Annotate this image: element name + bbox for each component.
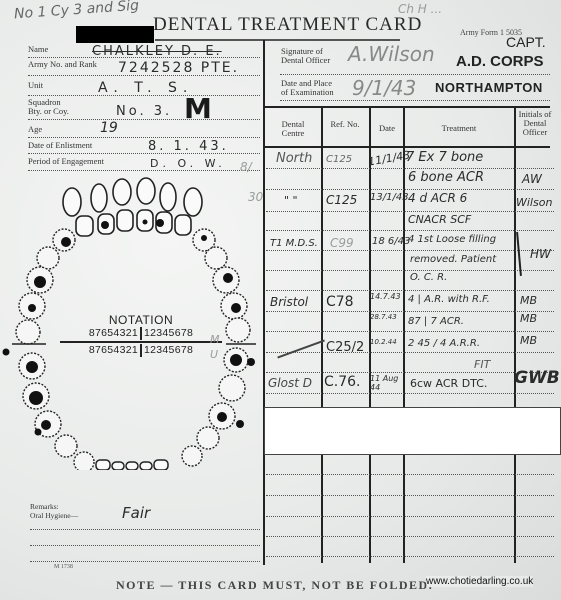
age-value: 19 xyxy=(100,120,118,136)
squadron-value: No. 3. xyxy=(116,104,172,119)
notation-title: NOTATION xyxy=(66,313,216,327)
row10-treatment: 2 45 / 4 A.R.R. xyxy=(408,338,480,349)
lower-right-teeth: 12345678 xyxy=(142,344,195,357)
remarks-label-2: Oral Hygiene— xyxy=(30,511,78,520)
header-dental-centre: Dental Centre xyxy=(272,120,314,138)
row-line xyxy=(266,189,554,190)
remarks-line-2 xyxy=(30,545,260,546)
row9-initials: MB xyxy=(520,312,537,325)
strike-line xyxy=(277,339,324,358)
blank-cover-box xyxy=(264,407,561,455)
officer-bottom-rule xyxy=(264,106,550,108)
unit-value: A. T. S. xyxy=(98,80,193,96)
age-line xyxy=(28,137,260,138)
row-line xyxy=(266,211,554,212)
footer-note: NOTE — THIS CARD MUST, NOT BE FOLDED. xyxy=(116,578,433,593)
header-bottom-rule xyxy=(264,146,550,148)
remarks-label-1: Remarks: xyxy=(30,502,78,511)
row8-centre: Bristol xyxy=(270,295,308,309)
row-line xyxy=(266,536,554,537)
row5-initials: HW xyxy=(530,247,551,261)
header-ref-no: Ref. No. xyxy=(326,120,364,129)
notation-midline xyxy=(60,341,222,343)
age-label: Age xyxy=(28,125,42,134)
title-underline xyxy=(155,39,400,41)
row8-initials: MB xyxy=(520,294,537,307)
upper-right-teeth: 12345678 xyxy=(142,327,195,340)
date-place-line xyxy=(280,100,550,101)
row12-date: 11 Aug 44 xyxy=(370,374,402,392)
date-place-label-2: of Examination xyxy=(281,88,334,97)
row8-date: 14.7.43 xyxy=(370,292,401,301)
row1-date: 11/1/43 xyxy=(367,148,411,168)
row4-treatment: CNACR SCF xyxy=(408,213,471,226)
remarks-label: Remarks: Oral Hygiene— xyxy=(30,502,78,520)
watermark: www.chotiedarling.co.uk xyxy=(426,576,533,587)
upper-left-teeth: 87654321 xyxy=(87,327,140,340)
corps-stamp: A.D. CORPS xyxy=(456,53,544,70)
row12-centre: Glost D xyxy=(268,376,312,390)
row5-treatment: 4 1st Loose filling xyxy=(408,234,496,245)
row5-date: 18 6/43 xyxy=(372,236,410,247)
row1-treatment: 7 Ex 7 bone xyxy=(406,150,483,165)
row-line xyxy=(266,230,554,231)
redaction-bar xyxy=(76,26,154,43)
row3-initials: Wilson xyxy=(516,196,552,209)
row2-initials: AW xyxy=(522,172,542,186)
row-line xyxy=(266,331,554,332)
row5-centre: T1 M.D.S. xyxy=(270,238,318,249)
row-line xyxy=(266,290,554,291)
rank-stamp: CAPT. xyxy=(506,34,546,50)
enlistment-label: Date of Enlistment xyxy=(28,141,92,150)
header-date: Date xyxy=(372,124,402,133)
row10-initials: MB xyxy=(520,334,537,347)
signature-line xyxy=(280,74,550,75)
row12-initials: GWB xyxy=(514,368,560,388)
name-line xyxy=(28,57,260,58)
row-line xyxy=(266,372,554,373)
row-line xyxy=(266,270,554,271)
squadron-mark: M xyxy=(184,92,212,125)
notation-upper-row: 87654321 12345678 xyxy=(66,327,216,340)
row6-treatment: removed. Patient xyxy=(410,254,496,265)
date-place-label: Date and Place of Examination xyxy=(281,79,334,97)
officer-signature: A.Wilson xyxy=(348,42,435,66)
row1-centre: North xyxy=(276,151,312,166)
dental-treatment-card: No 1 Cy 3 and Sig Ch H ... DENTAL TREATM… xyxy=(0,0,561,600)
oral-hygiene-value: Fair xyxy=(122,504,150,522)
row-line xyxy=(266,393,554,394)
row1-ref: C125 xyxy=(326,154,352,165)
army-no-value: 7242528 PTE. xyxy=(118,60,239,76)
row-line xyxy=(266,556,554,557)
row-line xyxy=(266,168,554,169)
footer-code: M 1738 xyxy=(54,564,73,570)
engagement-value: D. O. W. xyxy=(150,157,226,170)
row8-ref: C78 xyxy=(326,294,354,310)
signature-label: Signature of Dental Officer xyxy=(281,47,330,65)
unit-line xyxy=(28,95,260,96)
notation-side-marks: M U xyxy=(210,332,220,362)
row8-treatment: 4 | A.R. with R.F. xyxy=(408,294,490,305)
card-title: DENTAL TREATMENT CARD xyxy=(153,14,422,36)
row3-treatment: 4 d ACR 6 xyxy=(408,191,467,205)
army-no-line xyxy=(28,75,260,76)
signature-label-2: Dental Officer xyxy=(281,56,330,65)
notation-lower-row: 87654321 12345678 xyxy=(66,344,216,357)
army-no-label: Army No. and Rank xyxy=(28,60,97,69)
squadron-label: Squadron Bty. or Coy. xyxy=(28,98,69,116)
squadron-label-2: Bty. or Coy. xyxy=(28,107,69,116)
row-line xyxy=(266,516,554,517)
engagement-label: Period of Engagement xyxy=(28,157,104,166)
header-treatment: Treatment xyxy=(406,124,512,133)
header-initials: Initials of Dental Officer xyxy=(516,110,554,137)
unit-label: Unit xyxy=(28,81,43,90)
row10-ref: C25/2 xyxy=(326,340,364,355)
row12-ref: C.76. xyxy=(324,374,361,390)
enlistment-value: 8. 1. 43. xyxy=(148,139,229,154)
row3-ref: C125 xyxy=(326,193,357,207)
row12-treatment: 6cw ACR DTC. xyxy=(410,377,487,390)
row9-date: 28.7.43 xyxy=(370,313,397,321)
lower-left-teeth: 87654321 xyxy=(87,344,140,357)
examination-date: 9/1/43 xyxy=(352,76,416,100)
row11-treatment: FIT xyxy=(474,358,490,371)
squadron-line xyxy=(28,119,260,120)
row7-treatment: O. C. R. xyxy=(410,272,447,283)
row5-ref: C99 xyxy=(330,236,354,250)
row-line xyxy=(266,352,554,353)
notation-block: NOTATION 87654321 12345678 87654321 1234… xyxy=(66,313,216,357)
row2-treatment: 6 bone ACR xyxy=(408,170,484,185)
top-annotation-left: No 1 Cy 3 and Sig xyxy=(14,0,140,22)
row-line xyxy=(266,311,554,312)
row9-treatment: 87 | 7 ACR. xyxy=(408,316,464,327)
row10-date: 10.2.44 xyxy=(370,338,397,346)
main-divider xyxy=(263,40,265,565)
remarks-line-1 xyxy=(30,529,260,530)
enlistment-line xyxy=(28,153,260,154)
place-stamp: NORTHAMPTON xyxy=(435,80,543,95)
name-label: Name xyxy=(28,45,48,54)
remarks-line-3 xyxy=(30,561,260,562)
row3-centre: " " xyxy=(284,194,298,207)
row-line xyxy=(266,474,554,475)
row-line xyxy=(266,495,554,496)
row-line xyxy=(266,250,554,251)
row3-date: 13/1/43 xyxy=(370,192,409,203)
